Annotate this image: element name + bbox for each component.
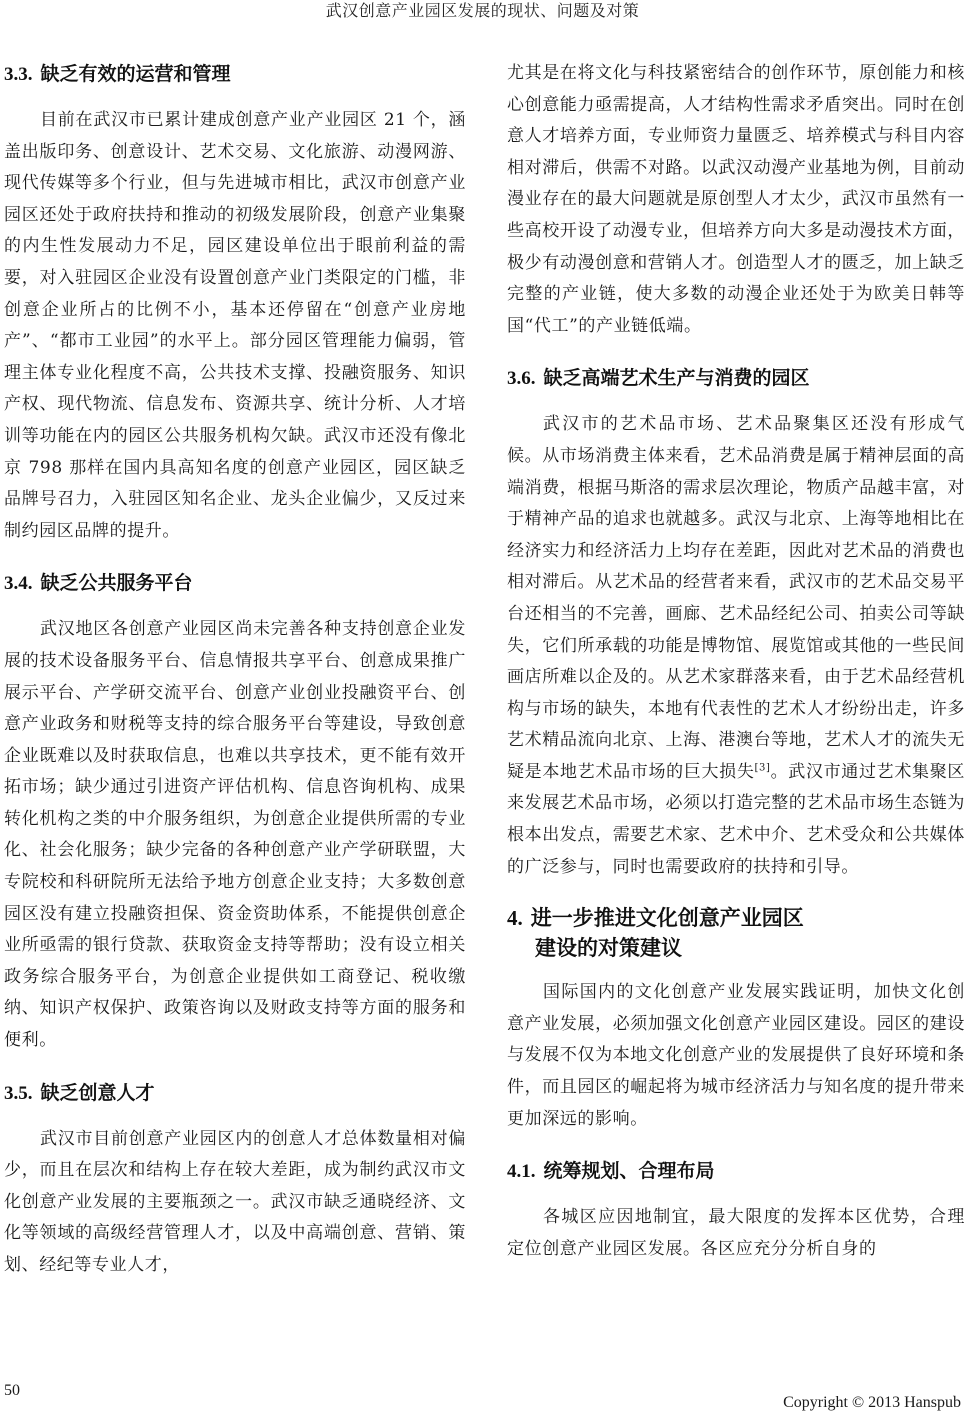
section-title: 缺乏高端艺术生产与消费的园区 [544, 367, 810, 389]
section-heading-4-1: 4.1.统筹规划、合理布局 [507, 1155, 965, 1188]
section-title: 缺乏公共服务平台 [41, 572, 193, 594]
section-paragraph-4-1: 各城区应因地制宜，最大限度的发挥本区优势，合理定位创意产业园区发展。各区应充分分… [507, 1202, 965, 1265]
section-paragraph-3-6: 武汉市的艺术品市场、艺术品聚集区还没有形成气候。从市场消费主体来看，艺术品消费是… [507, 409, 965, 883]
section-number: 3.6. [507, 368, 536, 389]
copyright-notice: Copyright © 2013 Hanspub [783, 1394, 961, 1412]
section-heading-3-5: 3.5.缺乏创意人才 [4, 1077, 466, 1110]
section-number: 3.5. [4, 1083, 33, 1104]
section-title: 缺乏创意人才 [41, 1082, 155, 1104]
section-number: 4.1. [507, 1161, 536, 1182]
continued-paragraph: 尤其是在将文化与科技紧密结合的创作环节，原创能力和核心创意能力亟需提高，人才结构… [507, 58, 965, 342]
section-heading-3-6: 3.6.缺乏高端艺术生产与消费的园区 [507, 362, 965, 395]
page-number: 50 [4, 1382, 20, 1400]
right-column: 尤其是在将文化与科技紧密结合的创作环节，原创能力和核心创意能力亟需提高，人才结构… [507, 58, 965, 1265]
section-title: 统筹规划、合理布局 [544, 1160, 715, 1182]
section-paragraph-4: 国际国内的文化创意产业发展实践证明，加快文化创意产业发展，必须加强文化创意产业园… [507, 977, 965, 1135]
section-paragraph-3-5: 武汉市目前创意产业园区内的创意人才总体数量相对偏少，而且在层次和结构上存在较大差… [4, 1124, 466, 1282]
paragraph-text: 武汉市的艺术品市场、艺术品聚集区还没有形成气候。从市场消费主体来看，艺术品消费是… [507, 414, 965, 782]
section-heading-3-3: 3.3.缺乏有效的运营和管理 [4, 58, 466, 91]
section-number: 3.4. [4, 573, 33, 594]
section-number: 4. [507, 906, 523, 930]
section-title-line1: 进一步推进文化创意产业园区 [531, 906, 804, 930]
section-heading-3-4: 3.4.缺乏公共服务平台 [4, 567, 466, 600]
section-heading-4: 4.进一步推进文化创意产业园区 建设的对策建议 [507, 903, 965, 963]
running-title: 武汉创意产业园区发展的现状、问题及对策 [326, 1, 640, 20]
section-paragraph-3-4: 武汉地区各创意产业园区尚未完善各种支持创意企业发展的技术设备服务平台、信息情报共… [4, 614, 466, 1056]
running-header: 武汉创意产业园区发展的现状、问题及对策 [0, 0, 965, 24]
left-column: 3.3.缺乏有效的运营和管理 目前在武汉市已累计建成创意产业产业园区 21 个，… [4, 58, 466, 1282]
section-number: 3.3. [4, 64, 33, 85]
section-title-line2: 建设的对策建议 [507, 933, 965, 963]
section-title: 缺乏有效的运营和管理 [41, 63, 231, 85]
citation-reference[interactable]: [3] [755, 762, 771, 773]
section-paragraph-3-3: 目前在武汉市已累计建成创意产业产业园区 21 个，涵盖出版印务、创意设计、艺术交… [4, 105, 466, 547]
